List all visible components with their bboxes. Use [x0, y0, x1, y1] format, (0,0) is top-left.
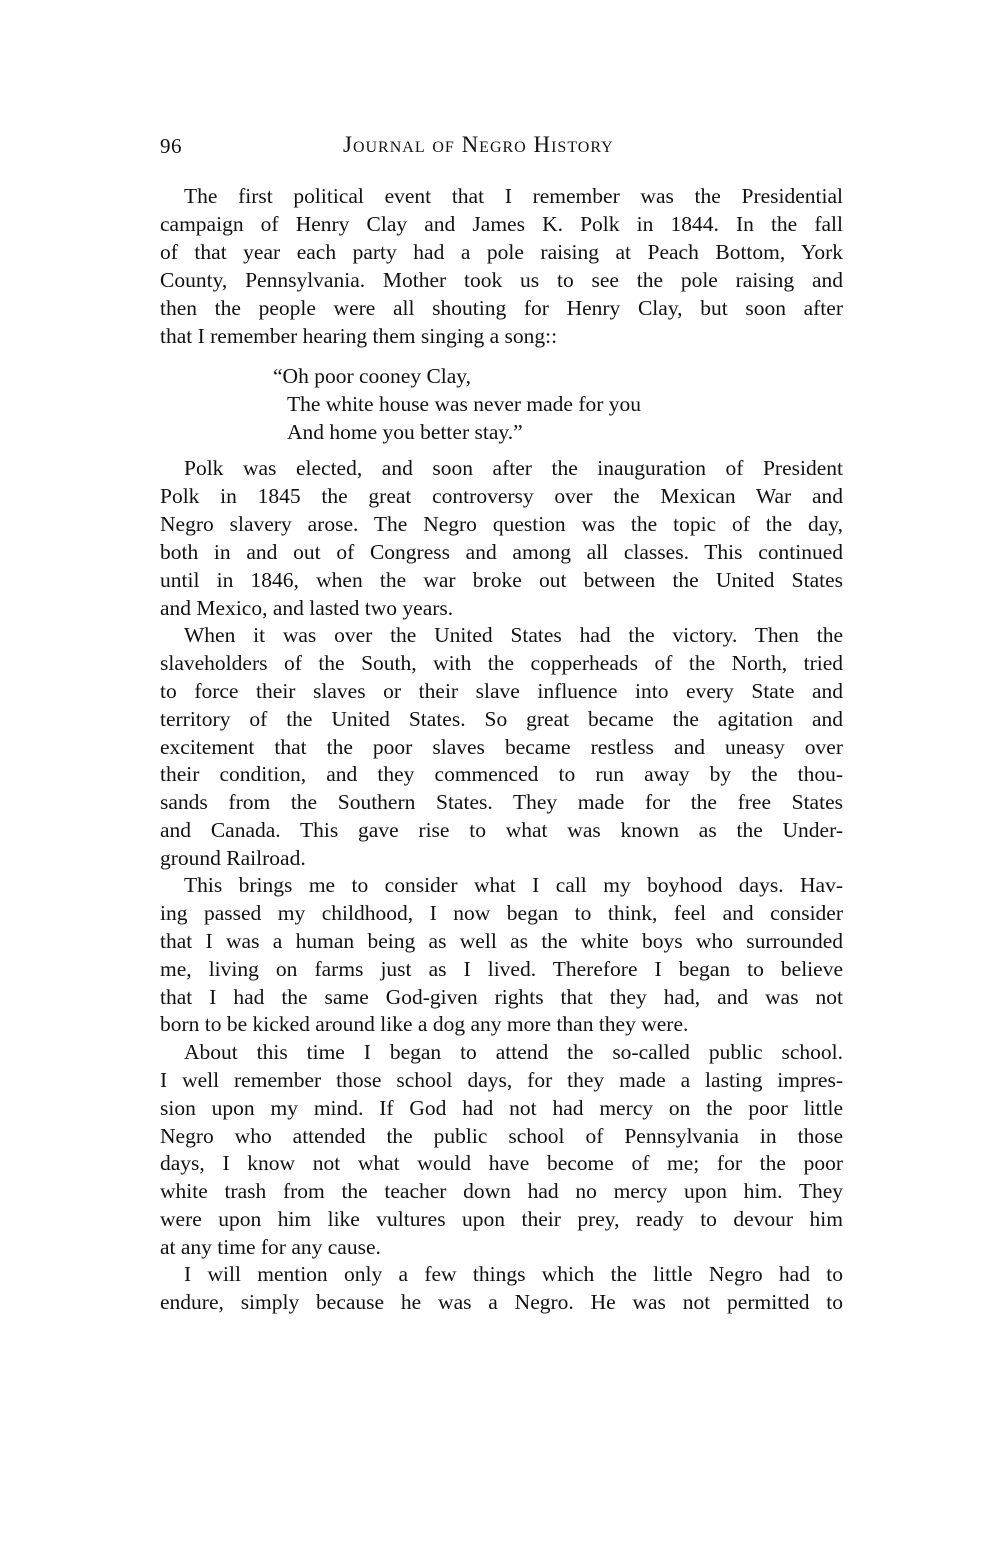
text-line: territory of the United States. So great… [160, 705, 843, 733]
text-line: Negro who attended the public school of … [160, 1122, 843, 1150]
text-line: This brings me to consider what I call m… [184, 871, 843, 899]
text-line: their condition, and they commenced to r… [160, 760, 843, 788]
text-line: and Mexico, and lasted two years. [160, 594, 453, 622]
text-line: at any time for any cause. [160, 1233, 381, 1261]
text-line: born to be kicked around like a dog any … [160, 1010, 688, 1038]
text-line: I will mention only a few things which t… [184, 1260, 843, 1288]
text-line: campaign of Henry Clay and James K. Polk… [160, 210, 843, 238]
text-line: then the people were all shouting for He… [160, 294, 843, 322]
text-line: sion upon my mind. If God had not had me… [160, 1094, 843, 1122]
running-head: 96 Journal of Negro History [160, 130, 843, 162]
text-line: that I remember hearing them singing a s… [160, 322, 557, 350]
text-line: both in and out of Congress and among al… [160, 538, 843, 566]
text-line: me, living on farms just as I lived. The… [160, 955, 843, 983]
text-line: Polk was elected, and soon after the ina… [184, 454, 843, 482]
text-line: excitement that the poor slaves became r… [160, 733, 843, 761]
text-line: of that year each party had a pole raisi… [160, 238, 843, 266]
page-number: 96 [160, 134, 182, 159]
text-line: I well remember those school days, for t… [160, 1066, 843, 1094]
text-line: sands from the Southern States. They mad… [160, 788, 843, 816]
text-line: that I had the same God-given rights tha… [160, 983, 843, 1011]
journal-title: Journal of Negro History [343, 132, 614, 158]
text-line: white trash from the teacher down had no… [160, 1177, 843, 1205]
text-line: The first political event that I remembe… [184, 182, 843, 210]
text-line: County, Pennsylvania. Mother took us to … [160, 266, 843, 294]
verse-line: The white house was never made for you [287, 390, 641, 418]
verse-line: And home you better stay.” [287, 418, 523, 446]
text-line: were upon him like vultures upon their p… [160, 1205, 843, 1233]
journal-page: 96 Journal of Negro History The first po… [0, 0, 1000, 1553]
text-line: When it was over the United States had t… [184, 621, 843, 649]
text-line: and Canada. This gave rise to what was k… [160, 816, 843, 844]
text-line: ing passed my childhood, I now began to … [160, 899, 843, 927]
text-line: to force their slaves or their slave inf… [160, 677, 843, 705]
text-line: until in 1846, when the war broke out be… [160, 566, 843, 594]
text-line: Negro slavery arose. The Negro question … [160, 510, 843, 538]
text-line: that I was a human being as well as the … [160, 927, 843, 955]
verse-line: “Oh poor cooney Clay, [273, 362, 471, 390]
text-line: About this time I began to attend the so… [184, 1038, 843, 1066]
text-line: endure, simply because he was a Negro. H… [160, 1288, 843, 1316]
text-line: days, I know not what would have become … [160, 1149, 843, 1177]
text-line: slaveholders of the South, with the copp… [160, 649, 843, 677]
text-line: ground Railroad. [160, 844, 306, 872]
text-line: Polk in 1845 the great controversy over … [160, 482, 843, 510]
